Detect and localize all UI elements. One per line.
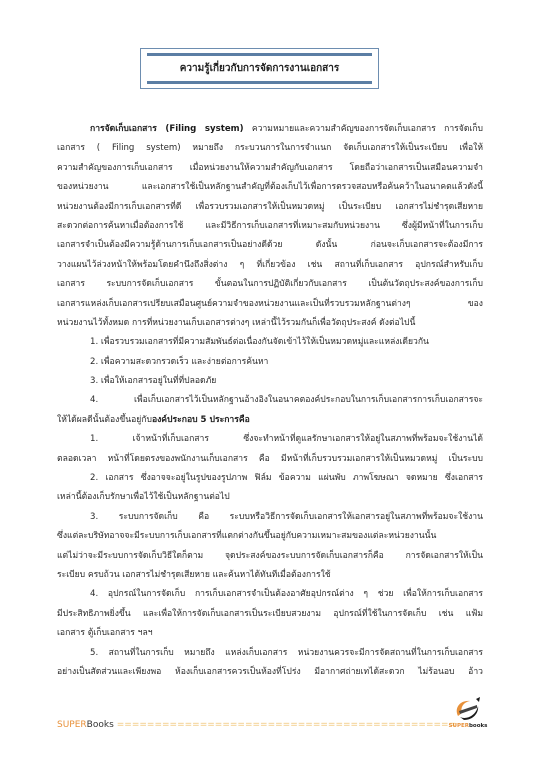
title-box: ความรู้เกี่ยวกับการจัดการงานเอกสาร <box>140 48 379 89</box>
component-line: ตลอดเวลา หน้าที่โดยตรงของพนักงานเก็บเอกส… <box>57 450 483 469</box>
objective-item: 3. เพื่อให้เอกสารอยู่ในที่ที่ปลอดภัย <box>57 372 483 391</box>
footer-rule: ========================================… <box>117 720 457 730</box>
paragraph-line: เอกสารจำเป็นต้องมีความรู้ด้านการเก็บเอกส… <box>57 236 483 255</box>
lead-term: การจัดเก็บเอกสาร (Filing system) <box>90 124 244 134</box>
component-line: แต่ไม่ว่าจะมีระบบการจัดเก็บวิธีใดก็ตาม จ… <box>57 547 483 566</box>
paragraph-line: ของหน่วยงาน และเอกสารใช้เป็นหลักฐานสำคัญ… <box>57 178 483 197</box>
component-item: 2. เอกสาร ซึ่งอาจจะอยู่ในรูปของรูปภาพ ฟิ… <box>57 469 483 488</box>
logo-wordmark: SUPERbooks <box>446 723 490 730</box>
page-title: ความรู้เกี่ยวกับการจัดการงานเอกสาร <box>141 63 378 75</box>
paragraph-line: หน่วยงานต้องมีการเก็บเอกสารที่ดี เพื่อรว… <box>57 198 483 217</box>
component-line: ระเบียบ ครบถ้วน เอกสารไม่ชำรุดเสียหาย แล… <box>57 566 483 585</box>
components-intro: ให้ได้ผลดีนั้นต้องขึ้นอยู่กับองค์ประกอบ … <box>57 411 483 430</box>
page-footer: SUPERBooks==============================… <box>57 718 457 732</box>
component-item: 5. สถานที่ในการเก็บ หมายถึง แหล่งเก็บเอก… <box>57 644 483 663</box>
component-line: มีประสิทธิภาพยิ่งขึ้น และเพื่อให้การจัดเ… <box>57 605 483 624</box>
paragraph-line: วางแผนไว้ล่วงหน้าให้พร้อมโดยคำนึงถึงสิ่ง… <box>57 256 483 275</box>
objective-item: 1. เพื่อรวบรวมเอกสารที่มีความสัมพันธ์ต่อ… <box>57 333 483 352</box>
superbooks-logo: SUPERbooks <box>446 696 490 734</box>
components-heading: องค์ประกอบ 5 ประการคือ <box>152 415 250 425</box>
component-line: เอกสาร ตู้เก็บเอกสาร ฯลฯ <box>57 624 483 643</box>
component-item: 3. ระบบการจัดเก็บ คือ ระบบหรือวิธีการจัด… <box>57 508 483 527</box>
component-line: ซึ่งแต่ละบริษัทอาจจะมีระบบการเก็บเอกสารท… <box>57 527 483 546</box>
component-item: 4. อุปกรณ์ในการจัดเก็บ การเก็บเอกสารจำเป… <box>57 585 483 604</box>
paragraph-line: หน่วยงานไว้ทั้งหมด การที่หน่วยงานเก็บเอก… <box>57 314 483 333</box>
document-page: ความรู้เกี่ยวกับการจัดการงานเอกสาร การจั… <box>0 0 537 763</box>
paragraph-line: สะดวกต่อการค้นหาเมื่อต้องการใช้ และมีวิธ… <box>57 217 483 236</box>
paragraph-line: เอกสาร ระบบการจัดเก็บเอกสาร ขั้นตอนในการ… <box>57 275 483 294</box>
paragraph-line: การจัดเก็บเอกสาร (Filing system) ความหมา… <box>57 120 483 139</box>
title-bar-bottom <box>147 81 372 84</box>
paragraph-line: เอกสาร ( Filing system) หมายถึง กระบวนกา… <box>57 139 483 158</box>
objective-item: 4. เพื่อเก็บเอกสารไว้เป็นหลักฐานอ้างอิงใ… <box>57 391 483 410</box>
component-line: เหล่านี้ต้องเก็บรักษาเพื่อไว้ใช้เป็นหลัก… <box>57 488 483 507</box>
superbooks-swoosh-icon <box>446 696 490 724</box>
document-body: การจัดเก็บเอกสาร (Filing system) ความหมา… <box>57 120 483 682</box>
footer-brand-books: Books <box>87 720 114 730</box>
title-bar-top <box>147 53 372 56</box>
objective-item: 2. เพื่อความสะดวกรวดเร็ว และง่ายต่อการค้… <box>57 353 483 372</box>
component-line: อย่างเป็นสัดส่วนและเพียงพอ ห้องเก็บเอกสา… <box>57 663 483 682</box>
paragraph-line: ความสำคัญของการเก็บเอกสาร เมื่อหน่วยงานใ… <box>57 159 483 178</box>
component-item: 1. เจ้าหน้าที่เก็บเอกสาร ซึ่งจะทำหน้าที่… <box>57 430 483 449</box>
paragraph-line: เอกสารแหล่งเก็บเอกสารเปรียบเสมือนศูนย์คว… <box>57 295 483 314</box>
footer-brand-super: SUPER <box>57 720 87 730</box>
